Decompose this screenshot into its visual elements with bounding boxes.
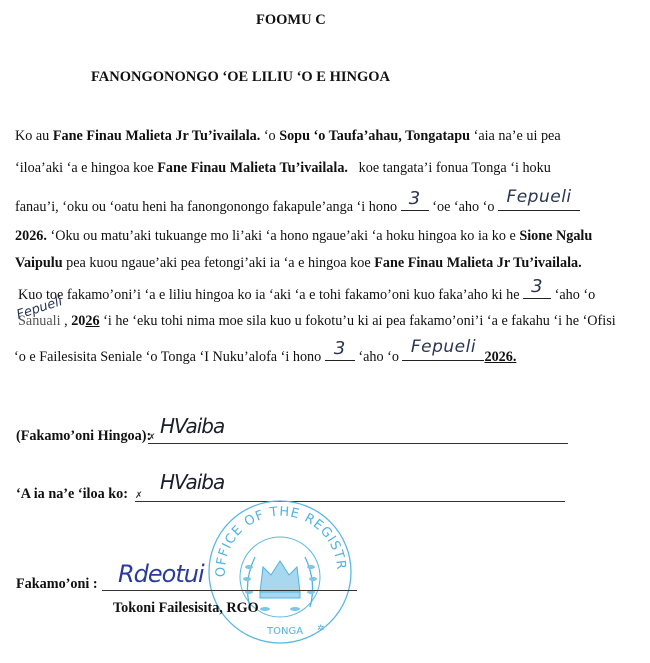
text: ‘Oku ou matu’aki tukuange mo li’aki ‘a h… [47,228,519,244]
signature-line-witness [102,590,357,591]
signature-holder: HVaiba [160,414,224,438]
mark-icon: ✗ [148,432,156,443]
text: ‘aia na’e ui pea [470,128,561,144]
paragraph-line-6: Kuo toe fakamo’oni’i ‘a e liliu hingoa k… [18,282,595,304]
form-label: FOOMU C [256,12,326,29]
handwritten-day: 3 [325,338,355,359]
day-field[interactable]: 3 [523,282,551,299]
handwritten-month: Fepueli [402,337,484,357]
text: Ko au [15,128,53,144]
text: , [61,313,72,329]
paragraph-line-1: Ko au Fane Finau Malieta Jr Tu’ivailala.… [15,128,561,145]
signature-label-witness: Fakamo’oni : [16,576,98,593]
year: 2026. [15,228,47,244]
day-field[interactable]: 3 [401,194,429,211]
former-name: Sione Ngalu [519,228,592,244]
day-field[interactable]: 3 [325,344,355,361]
year: 2026. [484,349,516,365]
handwritten-day: 3 [401,188,429,209]
mark-icon: ✗ [135,490,143,501]
paragraph-line-7: SanualiFepueli , 2026 ‘i he ‘eku tohi ni… [18,313,616,330]
text: pea kuou ngaue’aki pea fetongi’aki ia ‘a… [63,255,375,271]
applicant-new-name: Fane Finau Malieta Jr Tu’ivailala. [53,128,260,144]
applicant-address: Sopu ‘o Taufa’ahau, Tongatapu [279,128,470,144]
month-field[interactable]: Fepueli [402,344,484,361]
text: koe tangata’i fonua Tonga ‘i hoku [348,160,551,176]
new-name: Fane Finau Malieta Jr Tu’ivailala. [374,255,581,271]
former-name-cont: Vaipulu [15,255,63,271]
witness-name: Tokoni Failesisita, RGO [113,600,259,617]
svg-text:TONGA: TONGA [266,626,303,637]
text: ‘i he ‘eku tohi nima moe sila kuo u foko… [100,313,616,329]
registrar-seal-icon: OFFICE OF THE REGISTRAR GENERAL TONGA ✲ [205,497,355,647]
text: fanau’i, ‘oku ou ‘oatu heni ha fanongono… [15,199,401,215]
text: ‘o e Failesisita Seniale ‘o Tonga ‘I Nuk… [14,349,325,365]
paragraph-line-5: Vaipulu pea kuou ngaue’aki pea fetongi’a… [15,255,582,272]
handwritten-month: Fepueli [498,187,580,207]
applicant-known-name: Fane Finau Malieta Tu’ivailala. [157,160,348,176]
paragraph-line-8: ‘o e Failesisita Seniale ‘o Tonga ‘I Nuk… [14,344,516,366]
month-field[interactable]: Fepueli [498,194,580,211]
year-part: 20 [71,313,85,329]
struck-month: SanualiFepueli [18,313,61,329]
document-title: FANONGONONGO ‘OE LILIU ‘O E HINGOA [91,69,390,86]
text: ‘oe ‘aho ‘o [429,199,498,215]
signature-known-as: HVaiba [160,470,224,494]
paragraph-line-3: fanau’i, ‘oku ou ‘oatu heni ha fanongono… [15,194,580,216]
text: ‘aho ‘o [551,287,595,303]
text: ‘iloa’aki ‘a e hingoa koe [15,160,157,176]
signature-line-holder [148,443,568,444]
signature-label-holder: (Fakamo’oni Hingoa): [16,428,151,445]
signature-witness: Rdeotui [118,560,204,588]
signature-label-known-as: ‘A ia na’e ‘iloa ko: [16,486,128,503]
svg-text:✲: ✲ [317,623,325,633]
year-part-underlined: 26 [85,313,99,329]
paragraph-line-2: ‘iloa’aki ‘a e hingoa koe Fane Finau Mal… [15,160,551,177]
text: Kuo toe fakamo’oni’i ‘a e liliu hingoa k… [18,287,523,303]
text: ‘aho ‘o [355,349,403,365]
handwritten-day: 3 [523,276,551,297]
paragraph-line-4: 2026. ‘Oku ou matu’aki tukuange mo li’ak… [15,228,592,245]
text: ‘o [260,128,279,144]
